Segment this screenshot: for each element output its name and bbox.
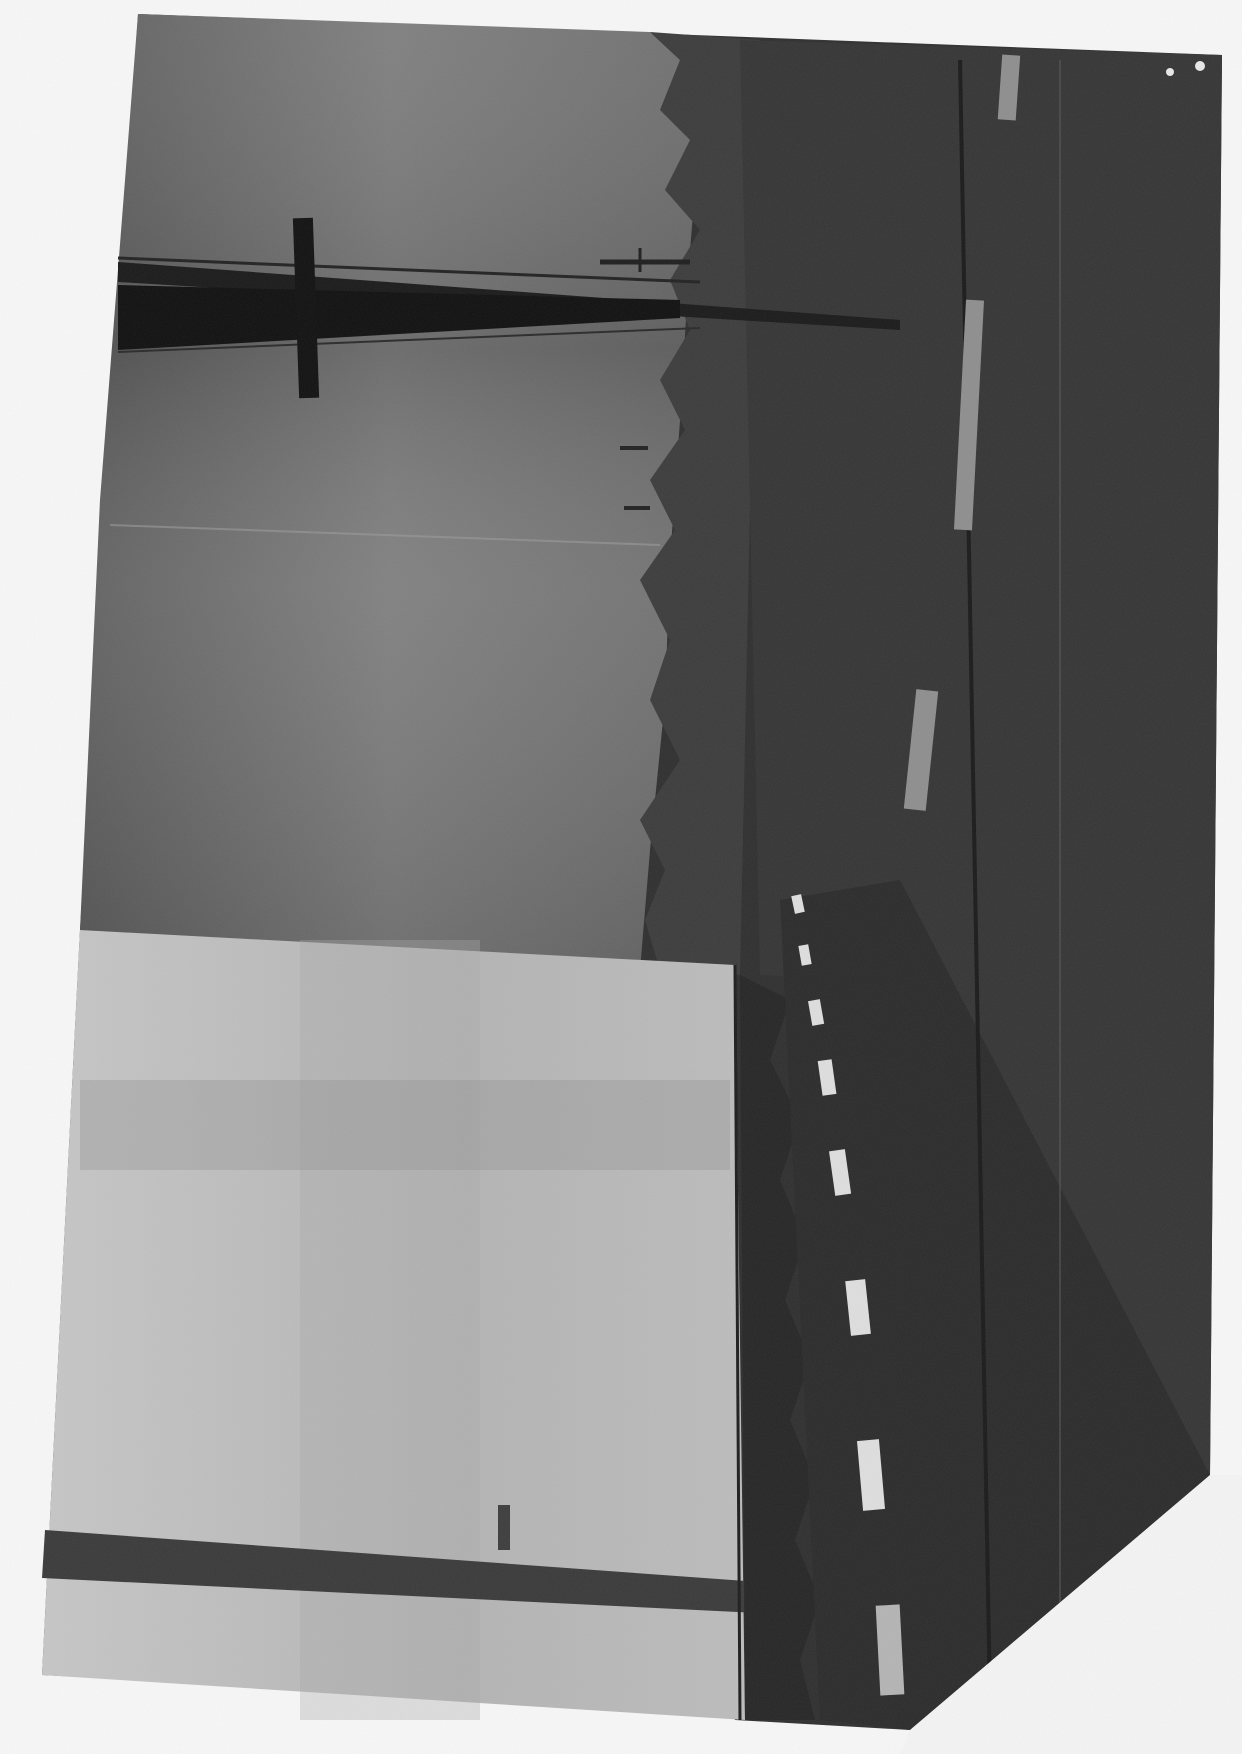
scanned-photograph bbox=[0, 0, 1242, 1754]
photo-canvas bbox=[0, 0, 1242, 1754]
